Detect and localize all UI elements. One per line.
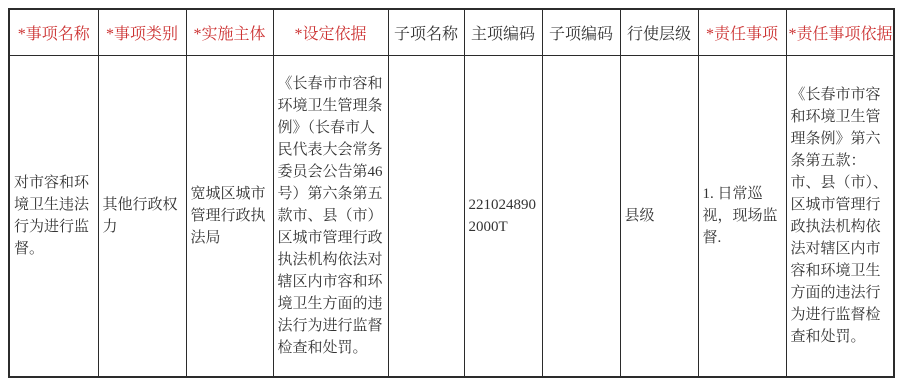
col-header-main-item-code: 主项编码 — [464, 9, 542, 56]
col-header-exercise-level: 行使层级 — [620, 9, 698, 56]
col-header-item-category: *事项类别 — [98, 9, 186, 56]
col-header-item-name: *事项名称 — [9, 9, 98, 56]
cell-setting-basis: 《长春市市容和环境卫生管理条例》（长春市人民代表大会常务委员会公告第46号）第六… — [273, 56, 388, 378]
cell-exercise-level: 县级 — [620, 56, 698, 378]
cell-responsibility-basis: 《长春市市容和环境卫生管理条例》第六条第五款： 市、县（市）、区城市管理行政执法… — [786, 56, 894, 378]
cell-item-category: 其他行政权力 — [98, 56, 186, 378]
cell-implementing-body: 宽城区城市管理行政执法局 — [186, 56, 273, 378]
cell-responsibility-item: 1. 日常巡视，现场监督. — [698, 56, 786, 378]
admin-items-table: *事项名称 *事项类别 *实施主体 *设定依据 子项名称 主项编码 子项编码 行… — [8, 8, 895, 378]
cell-main-item-code: 2210248902000T — [464, 56, 542, 378]
page: *事项名称 *事项类别 *实施主体 *设定依据 子项名称 主项编码 子项编码 行… — [0, 0, 900, 380]
cell-subitem-code — [542, 56, 620, 378]
col-header-setting-basis: *设定依据 — [273, 9, 388, 56]
cell-item-name: 对市容和环境卫生违法行为进行监督。 — [9, 56, 98, 378]
col-header-subitem-name: 子项名称 — [388, 9, 464, 56]
col-header-subitem-code: 子项编码 — [542, 9, 620, 56]
table-header-row: *事项名称 *事项类别 *实施主体 *设定依据 子项名称 主项编码 子项编码 行… — [9, 9, 894, 56]
col-header-implementing-body: *实施主体 — [186, 9, 273, 56]
cell-subitem-name — [388, 56, 464, 378]
col-header-responsibility-basis: *责任事项依据 — [786, 9, 894, 56]
col-header-responsibility-item: *责任事项 — [698, 9, 786, 56]
table-row: 对市容和环境卫生违法行为进行监督。 其他行政权力 宽城区城市管理行政执法局 《长… — [9, 56, 894, 378]
